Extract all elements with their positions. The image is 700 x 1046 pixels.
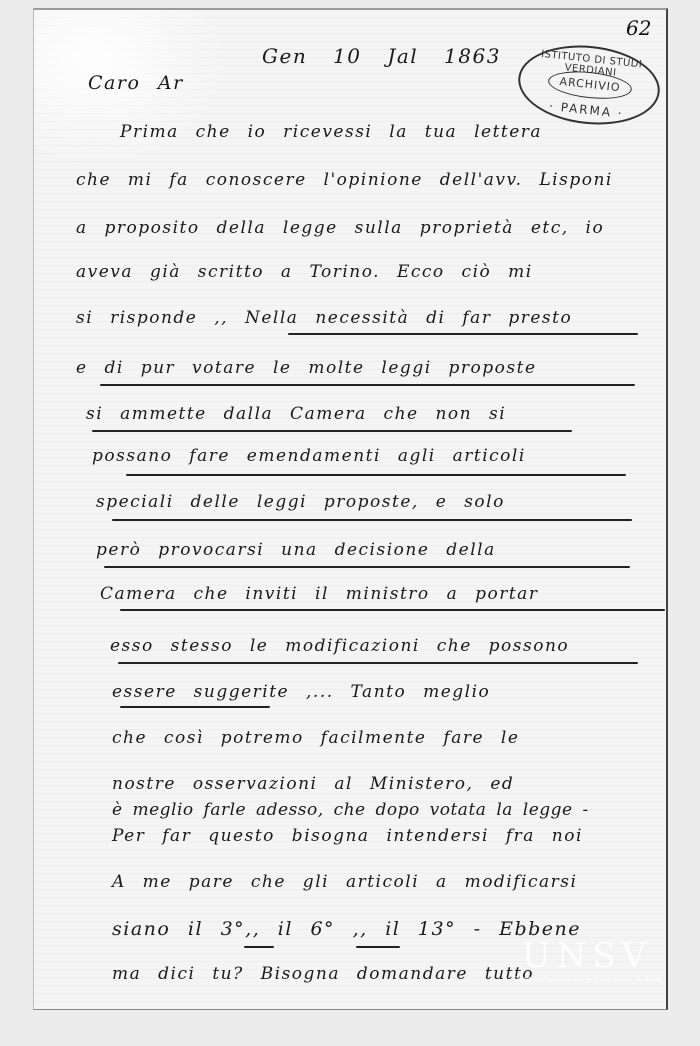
letter-line: però provocarsi una decisione della: [96, 540, 496, 560]
underline: [120, 706, 270, 708]
letter-line: siano il 3°,, il 6° ,, il 13° - Ebbene: [112, 918, 581, 940]
letter-line: che mi fa conoscere l'opinione dell'avv.…: [76, 170, 613, 190]
letter-line: è meglio farle adesso, che dopo votata l…: [112, 800, 589, 820]
letter-line: A me pare che gli articoli a modificarsi: [112, 872, 577, 892]
underline: [92, 430, 572, 432]
date-line: Gen 10 Jal 1863: [262, 44, 501, 68]
letter-line: ma dici tu? Bisogna domandare tutto: [112, 964, 534, 984]
salutation: Caro Ar: [88, 72, 184, 94]
underline: [112, 519, 632, 521]
letter-line: possano fare emendamenti agli articoli: [92, 446, 526, 466]
watermark-logo: UNSV: [512, 936, 662, 976]
letter-line: e di pur votare le molte leggi proposte: [76, 358, 537, 378]
watermark-subtitle: Comitato Nazionale per le Celebrazioni V…: [512, 976, 662, 984]
underline: [244, 946, 274, 948]
underline: [100, 384, 635, 386]
letter-line: si risponde ,, Nella necessità di far pr…: [76, 308, 572, 328]
underline: [104, 566, 630, 568]
page-number: 62: [626, 16, 651, 40]
letter-line: a proposito della legge sulla proprietà …: [76, 218, 604, 238]
underline: [288, 333, 638, 335]
underline: [356, 946, 400, 948]
underline: [118, 662, 638, 664]
letter-line: Prima che io ricevessi la tua lettera: [120, 122, 542, 142]
letter-line: essere suggerite ,... Tanto meglio: [112, 682, 490, 702]
letter-line: aveva già scritto a Torino. Ecco ciò mi: [76, 262, 533, 282]
watermark: UNSV Comitato Nazionale per le Celebrazi…: [512, 936, 662, 1006]
letter-line: si ammette dalla Camera che non si: [86, 404, 506, 424]
letter-line: Camera che inviti il ministro a portar: [100, 584, 538, 604]
underline: [120, 609, 665, 611]
letter-line: che così potremo facilmente fare le: [112, 728, 519, 748]
letter-line: Per far questo bisogna intendersi fra no…: [112, 826, 583, 846]
letter-line: speciali delle leggi proposte, e solo: [96, 492, 505, 512]
underline: [126, 474, 626, 476]
letter-line: esso stesso le modificazioni che possono: [110, 636, 569, 656]
letter-line: nostre osservazioni al Ministero, ed: [112, 774, 514, 794]
